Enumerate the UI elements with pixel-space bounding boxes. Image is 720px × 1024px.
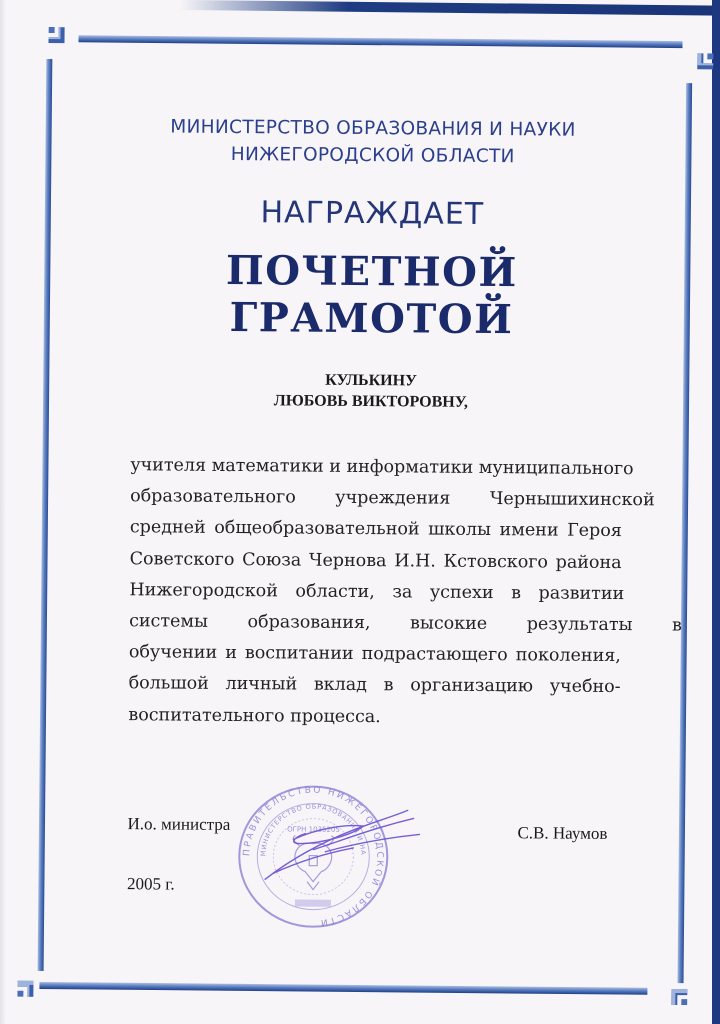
citation-line: образовательного учреждения Чернышихинск… (130, 481, 622, 516)
certificate-content: МИНИСТЕРСТВО ОБРАЗОВАНИЯ И НАУКИ НИЖЕГОР… (0, 0, 720, 1024)
issue-year: 2005 г. (127, 874, 175, 894)
citation-line: Советского Союза Чернова И.Н. Кстовского… (129, 544, 621, 579)
recipient-surname: КУЛЬКИНУ (161, 370, 581, 391)
citation-line: Нижегородской области, за успехи в разви… (129, 575, 621, 610)
issuer-line-2: НИЖЕГОРОДСКОЙ ОБЛАСТИ (103, 143, 643, 168)
recipient-given-names: ЛЮБОВЬ ВИКТОРОВНУ, (161, 391, 581, 412)
citation-line: большой личный вклад в организацию учебн… (129, 669, 621, 704)
citation-line: учителя математики и информатики муницип… (130, 450, 622, 485)
signatory-name: С.В. Наумов (517, 823, 607, 844)
award-title: ПОЧЕТНОЙ ГРАМОТОЙ (81, 246, 662, 345)
citation-line: воспитательного процесса. (128, 700, 620, 735)
citation-text: учителя математики и информатики муницип… (128, 450, 622, 735)
awards-heading: НАГРАЖДАЕТ (122, 194, 622, 233)
citation-line: обучении и воспитании подрастающего поко… (129, 637, 621, 672)
signature (253, 799, 424, 890)
issuer-line-1: МИНИСТЕРСТВО ОБРАЗОВАНИЯ И НАУКИ (103, 116, 643, 141)
signatory-title: И.о. министра (127, 814, 230, 835)
citation-line: средней общеобразовательной школы имени … (130, 513, 622, 548)
citation-line: системы образования, высокие результаты … (129, 606, 621, 641)
